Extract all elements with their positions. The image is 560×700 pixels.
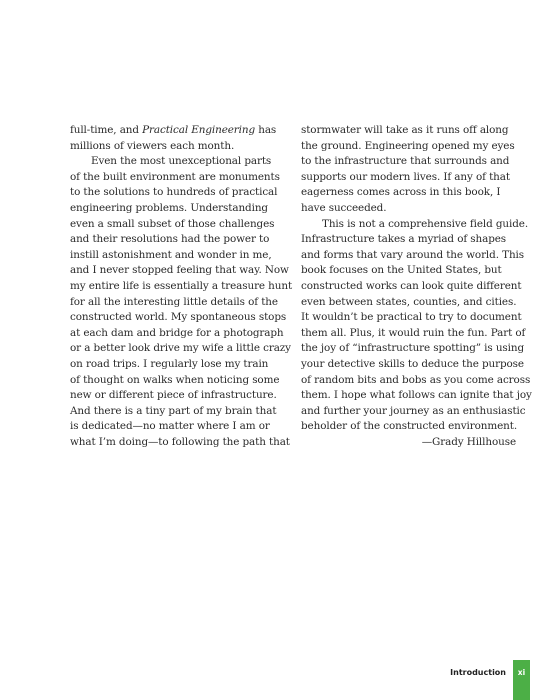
left-text-column: full-time, and Practical Engineering has… [70, 123, 285, 450]
text-line: is dedicated—no matter where I am or [70, 419, 285, 435]
text-line: full-time, and Practical Engineering has [70, 123, 285, 139]
text-line: and forms that vary around the world. Th… [301, 248, 516, 264]
text-line: even between states, counties, and citie… [301, 295, 516, 311]
page-number: xi [513, 668, 530, 677]
text-line: on road trips. I regularly lose my train [70, 357, 285, 373]
text-line: of the built environment are monuments [70, 170, 285, 186]
text-line: of thought on walks when noticing some [70, 373, 285, 389]
text-line: my entire life is essentially a treasure… [70, 279, 285, 295]
text-line: and further your journey as an enthusias… [301, 404, 516, 420]
text-line: beholder of the constructed environment. [301, 419, 516, 435]
text-line: constructed works can look quite differe… [301, 279, 516, 295]
text-line: of random bits and bobs as you come acro… [301, 373, 516, 389]
text-line: the ground. Engineering opened my eyes [301, 139, 516, 155]
italic-title: Practical Engineering [142, 124, 255, 136]
text-line: or a better look drive my wife a little … [70, 341, 285, 357]
text-line: book focuses on the United States, but [301, 263, 516, 279]
text-line: even a small subset of those challenges [70, 217, 285, 233]
text-line: engineering problems. Understanding [70, 201, 285, 217]
text-line: your detective skills to deduce the purp… [301, 357, 516, 373]
text-line: It wouldn’t be practical to try to docum… [301, 310, 516, 326]
paragraph-start-line: Even the most unexceptional parts [70, 154, 285, 170]
text-line: And there is a tiny part of my brain tha… [70, 404, 285, 420]
paragraph-start-line: This is not a comprehensive field guide. [301, 217, 516, 233]
text-line: and their resolutions had the power to [70, 232, 285, 248]
text-line: instill astonishment and wonder in me, [70, 248, 285, 264]
text-line: to the solutions to hundreds of practica… [70, 185, 285, 201]
text-line: what I’m doing—to following the path tha… [70, 435, 285, 451]
text-line: the joy of “infrastructure spotting” is … [301, 341, 516, 357]
text-line: new or different piece of infrastructure… [70, 388, 285, 404]
text-line: and I never stopped feeling that way. No… [70, 263, 285, 279]
text-line: them. I hope what follows can ignite tha… [301, 388, 516, 404]
text-line: eagerness comes across in this book, I [301, 185, 516, 201]
text-line: millions of viewers each month. [70, 139, 285, 155]
text-line: have succeeded. [301, 201, 516, 217]
text-line: stormwater will take as it runs off alon… [301, 123, 516, 139]
page-number-tab: xi [513, 660, 530, 700]
text-line: at each dam and bridge for a photograph [70, 326, 285, 342]
text-line: constructed world. My spontaneous stops [70, 310, 285, 326]
text-line: them all. Plus, it would ruin the fun. P… [301, 326, 516, 342]
author-signature: —Grady Hillhouse [301, 435, 516, 451]
text-line: for all the interesting little details o… [70, 295, 285, 311]
text-span: full-time, and [70, 124, 142, 136]
text-line: Infrastructure takes a myriad of shapes [301, 232, 516, 248]
section-label: Introduction [440, 668, 506, 677]
text-span: has [255, 124, 276, 136]
text-line: to the infrastructure that surrounds and [301, 154, 516, 170]
right-text-column: stormwater will take as it runs off alon… [301, 123, 516, 450]
text-line: supports our modern lives. If any of tha… [301, 170, 516, 186]
